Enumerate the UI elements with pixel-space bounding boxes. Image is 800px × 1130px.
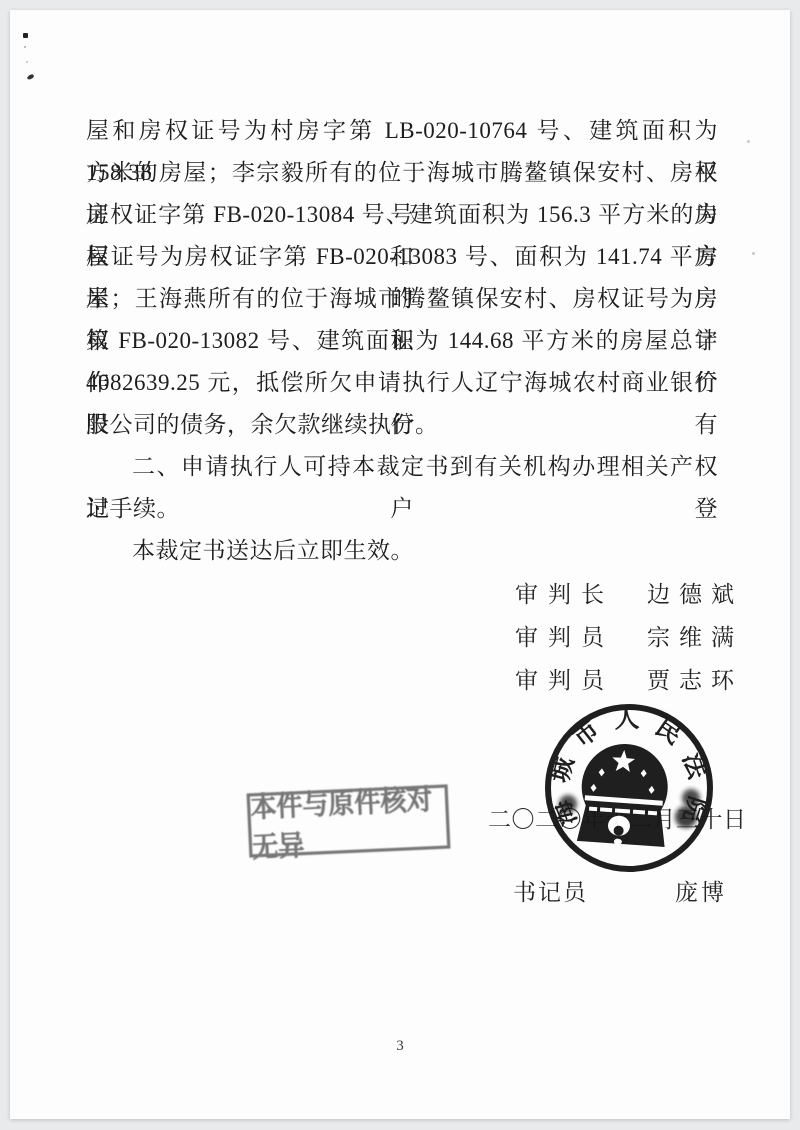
scan-speck xyxy=(26,61,28,63)
body-line: 二、申请执行人可持本裁定书到有关机构办理相关产权过户登 xyxy=(86,446,718,488)
court-seal-stamp: 海城市人民法院 xyxy=(543,702,715,874)
signature-role: 审判员 xyxy=(515,662,616,695)
body-line: 第 FB-020-13082 号、建筑面积为 144.68 平方米的房屋总计作价 xyxy=(86,320,718,362)
body-line: 屋；王海燕所有的位于海城市腾鳌镇保安村、房权证号为房权证字 xyxy=(86,278,718,320)
body-line: 本裁定书送达后立即生效。 xyxy=(86,530,718,572)
scan-speck xyxy=(23,33,28,38)
body-line: 4082639.25 元，抵偿所欠申请执行人辽宁海城农村商业银行股份有 xyxy=(86,362,718,404)
signature-row-judge-1: 审判员 宗维满 xyxy=(515,614,743,657)
seal-ink-smudge xyxy=(682,789,700,807)
clerk-signature-row: 书记员 庞博 xyxy=(513,869,727,911)
scan-speck xyxy=(26,74,34,81)
signature-role: 审判员 xyxy=(515,619,616,652)
scan-speck xyxy=(752,252,755,255)
signature-name: 边德斌 xyxy=(647,576,743,609)
document-page: 屋和房权证号为村房字第 LB-020-10764 号、建筑面积为 158.38 … xyxy=(10,10,790,1119)
ruling-body-text: 屋和房权证号为村房字第 LB-020-10764 号、建筑面积为 158.38 … xyxy=(86,110,718,572)
signature-row-judge-2: 审判员 贾志环 xyxy=(515,657,743,700)
body-line: 房权证字第 FB-020-13084 号、建筑面积为 156.3 平方米的房屋和… xyxy=(86,194,718,236)
body-line: 方米的房屋；李宗毅所有的位于海城市腾鳌镇保安村、房权证号为 xyxy=(86,152,718,194)
scan-speck xyxy=(24,46,26,48)
seal-ink-smudge xyxy=(559,795,577,813)
seal-ink-smudge xyxy=(675,806,697,828)
national-emblem-icon xyxy=(577,741,672,848)
scan-background: { "document": { "body_lines": [ "屋和房权证号为… xyxy=(0,0,800,1130)
signature-block: 审判长 边德斌 审判员 宗维满 审判员 贾志环 xyxy=(515,571,743,700)
signature-name: 宗维满 xyxy=(647,619,743,652)
clerk-name: 庞博 xyxy=(675,874,727,907)
signature-row-presiding-judge: 审判长 边德斌 xyxy=(515,571,743,614)
clerk-role: 书记员 xyxy=(513,874,590,907)
verification-stamp-text: 本件与原件核对无异 xyxy=(249,777,447,866)
body-line: 权证号为房权证字第 FB-020-13083 号、面积为 141.74 平方米的… xyxy=(86,236,718,278)
verification-stamp: 本件与原件核对无异 xyxy=(247,784,451,857)
scan-speck xyxy=(747,140,750,143)
page-number: 3 xyxy=(10,1038,790,1055)
body-line: 屋和房权证号为村房字第 LB-020-10764 号、建筑面积为 158.38 … xyxy=(86,110,718,152)
signature-name: 贾志环 xyxy=(647,662,743,695)
signature-role: 审判长 xyxy=(515,576,616,609)
